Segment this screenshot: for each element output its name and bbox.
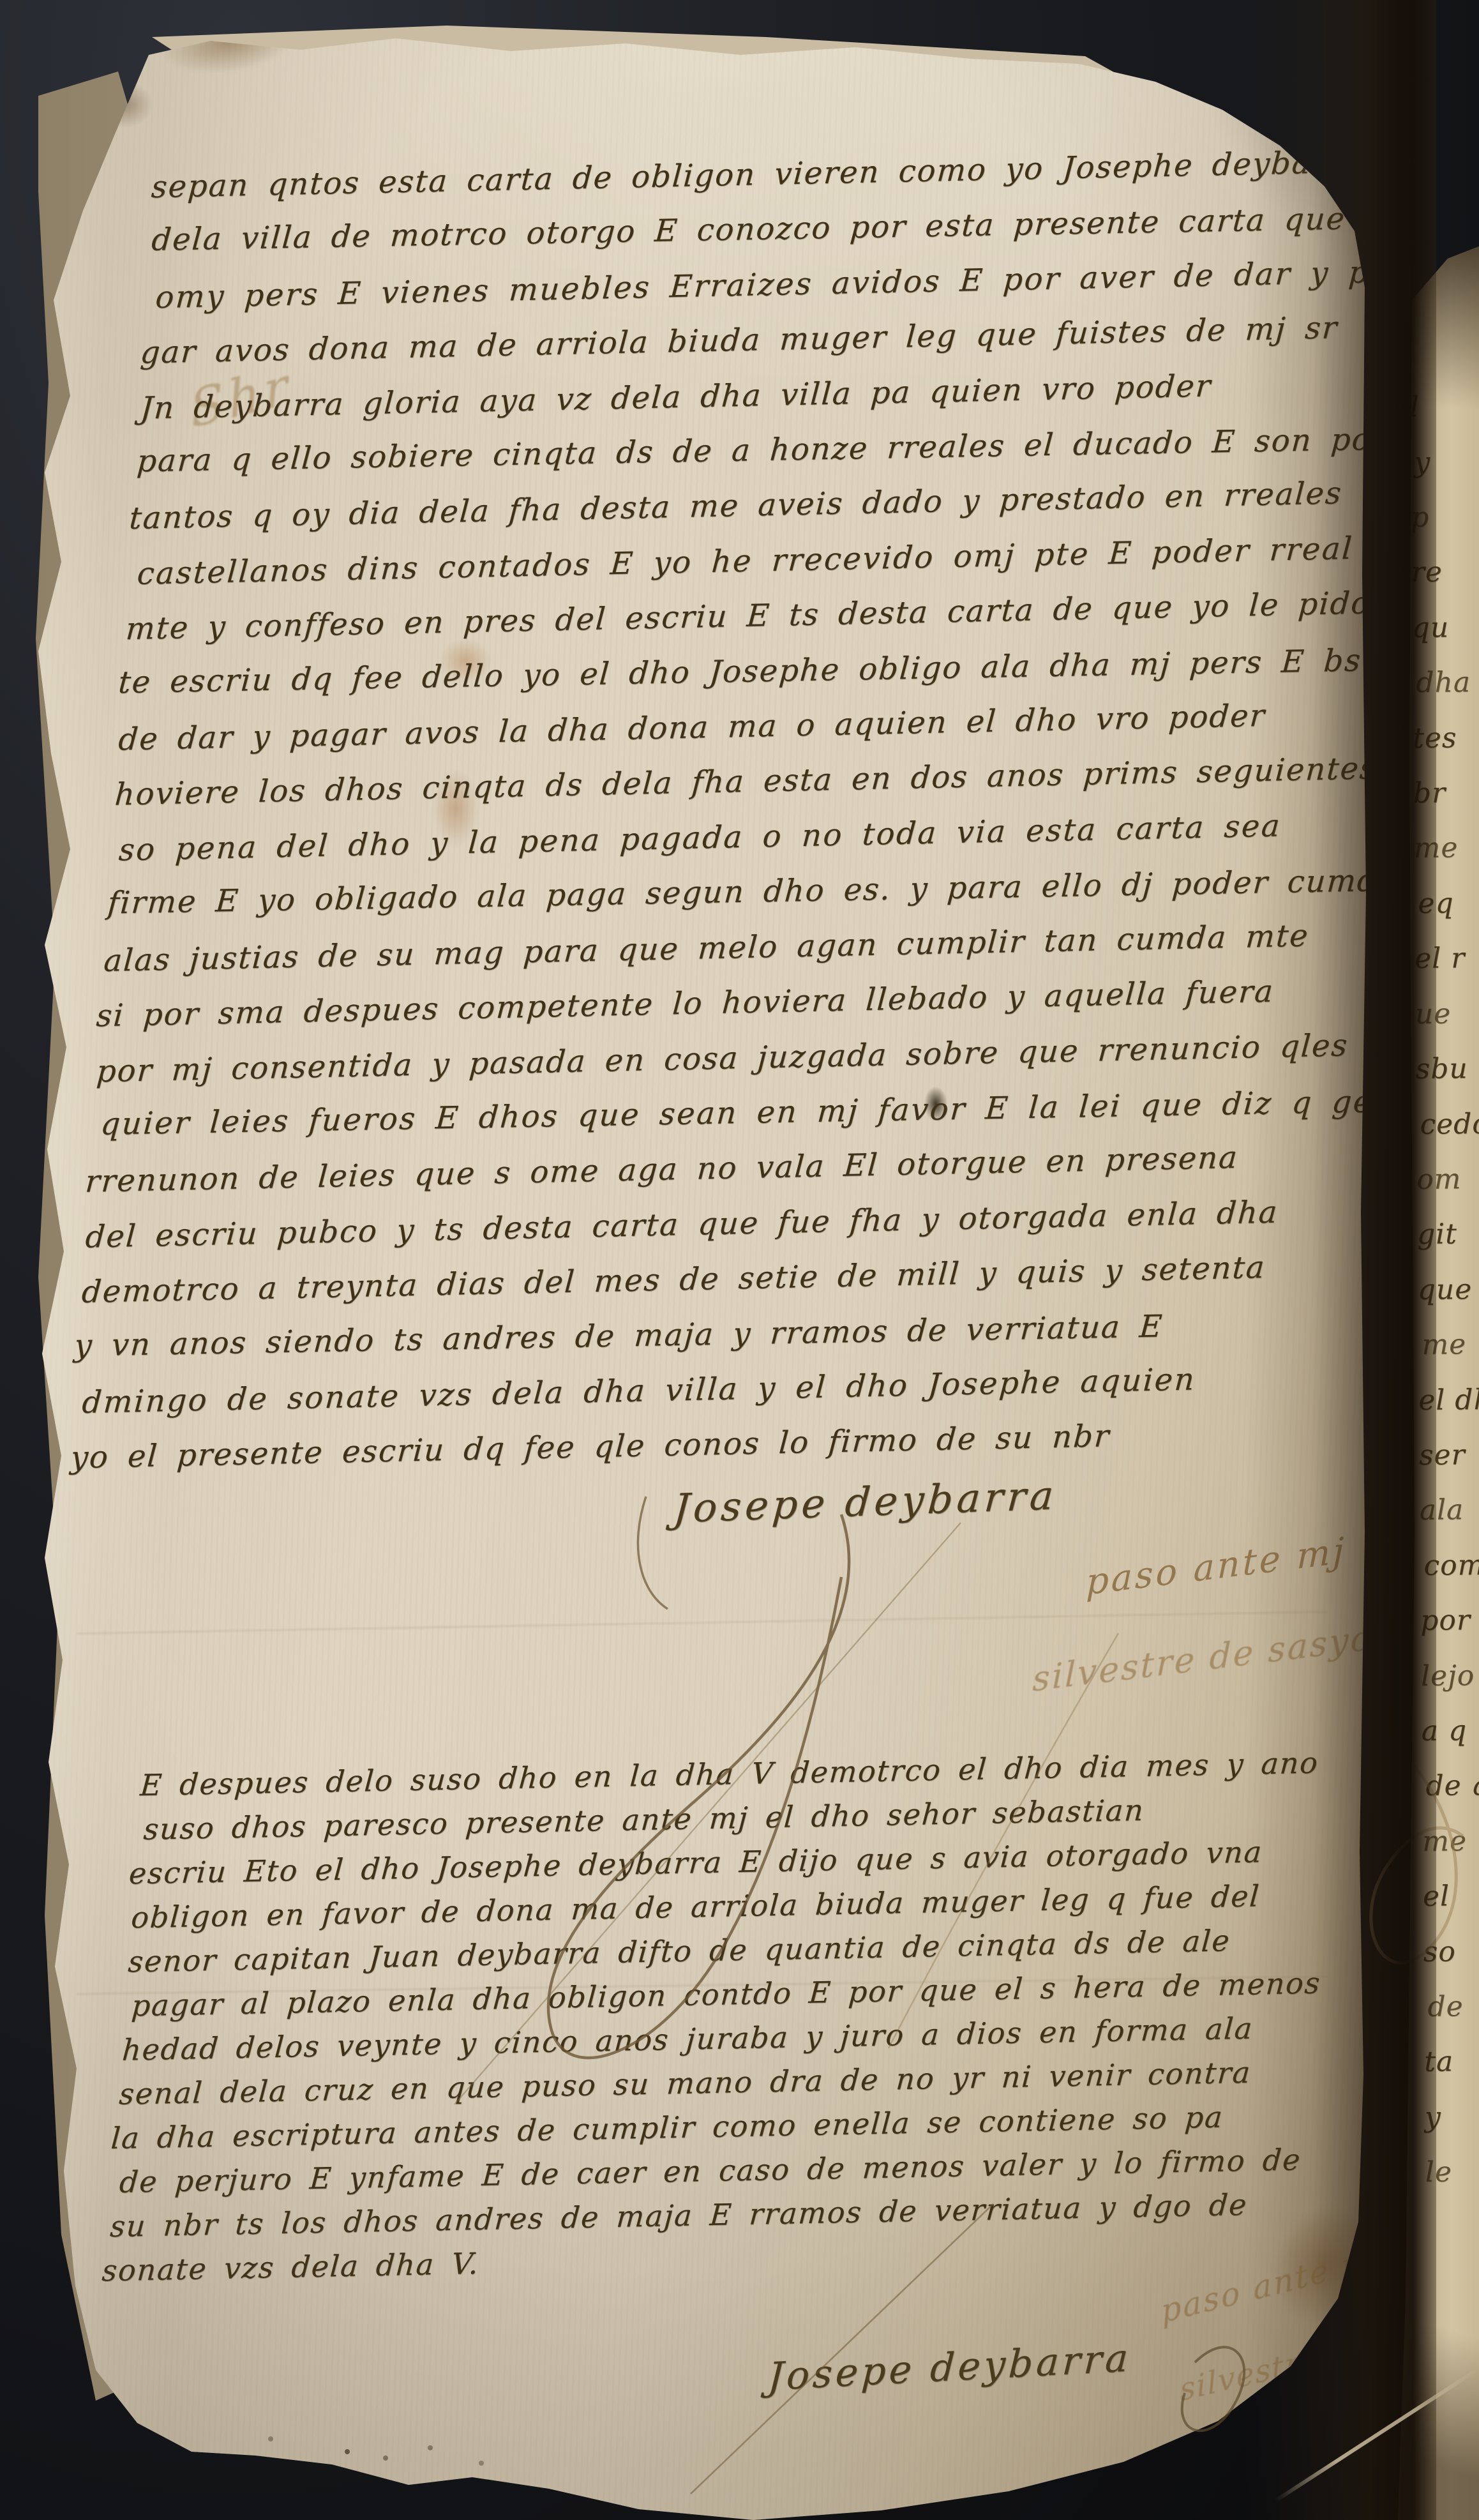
adjacent-text-fragment: com bbox=[1423, 1538, 1479, 1594]
adjacent-text-fragment: ser bbox=[1419, 1428, 1479, 1483]
adjacent-text-fragment: a q bbox=[1421, 1703, 1479, 1759]
adjacent-text-fragment: cedo bbox=[1420, 1096, 1479, 1152]
adjacent-text-fragment: so bbox=[1423, 1924, 1479, 1979]
adjacent-text-fragment: por bbox=[1420, 1593, 1479, 1649]
adjacent-text-fragment: me bbox=[1422, 1814, 1479, 1869]
adjacent-text-fragment: tes bbox=[1413, 711, 1479, 766]
adjacent-text-fragment: ue bbox=[1415, 986, 1479, 1042]
adjacent-text-fragment: eq bbox=[1418, 876, 1479, 932]
manuscript-page: Shr sepan qntos esta carta de obligon vi… bbox=[0, 0, 1479, 2520]
adjacent-text-fragment: p bbox=[1411, 490, 1479, 545]
adjacent-text-fragment: de q bbox=[1425, 1758, 1479, 1814]
adjacent-text-fragment: y bbox=[1425, 2090, 1479, 2145]
adjacent-text-fragment: om bbox=[1416, 1152, 1479, 1207]
adjacent-folio: lyprequdhatesbrmeeqel ruesbucedoomgitque… bbox=[1372, 0, 1479, 2520]
adjacent-text-fragment: el bbox=[1423, 1869, 1479, 1924]
adjacent-text-fragment: ta bbox=[1424, 2034, 1479, 2090]
adjacent-folio-top-shadow bbox=[1372, 243, 1479, 409]
adjacent-text-fragment: me bbox=[1413, 820, 1479, 876]
adjacent-text-fragment: ala bbox=[1419, 1483, 1479, 1538]
adjacent-folio-text: lyprequdhatesbrmeeqel ruesbucedoomgitque… bbox=[1408, 214, 1479, 2311]
adjacent-text-fragment: me bbox=[1422, 1317, 1479, 1373]
adjacent-text-fragment: br bbox=[1413, 766, 1479, 821]
adjacent-text-fragment: re bbox=[1411, 545, 1479, 600]
adjacent-text-fragment: dha bbox=[1416, 655, 1479, 711]
adjacent-text-fragment: el dh bbox=[1418, 1372, 1479, 1428]
page-vignette bbox=[0, 0, 1479, 2520]
adjacent-text-fragment: qu bbox=[1411, 600, 1479, 656]
adjacent-text-fragment: de bbox=[1427, 1979, 1479, 2035]
adjacent-text-fragment: el r bbox=[1415, 931, 1479, 986]
adjacent-folio-bottom-shadow bbox=[1372, 2245, 1479, 2520]
archival-photograph: lyprequdhatesbrmeeqel ruesbucedoomgitque… bbox=[0, 0, 1479, 2520]
adjacent-text-fragment: le bbox=[1425, 2145, 1479, 2200]
adjacent-text-fragment: que bbox=[1417, 1262, 1479, 1318]
adjacent-text-fragment: lejo bbox=[1421, 1648, 1479, 1703]
adjacent-text-fragment: y bbox=[1414, 435, 1479, 490]
adjacent-text-fragment: git bbox=[1417, 1207, 1479, 1262]
adjacent-text-fragment: sbu bbox=[1415, 1041, 1479, 1097]
